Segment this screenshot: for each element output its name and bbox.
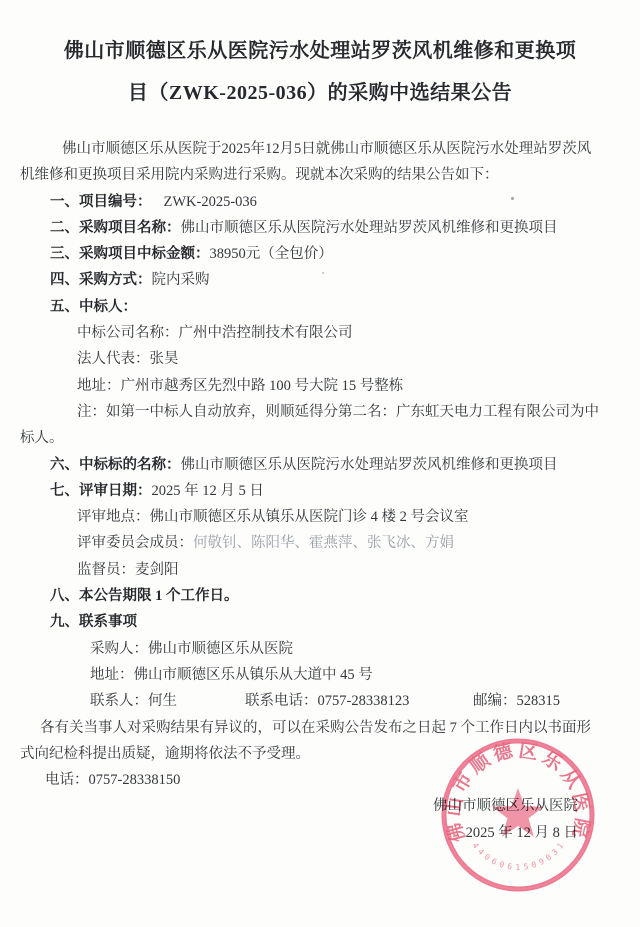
item-procurement-method-label: 四、采购方式： — [50, 272, 152, 288]
signature-date: 2025 年 12 月 8 日 — [0, 820, 640, 846]
intro-line-2: 机维修和更换项目采用院内采购进行采购。现就本次采购的结果公告如下： — [0, 162, 640, 188]
item-subject-name-label: 六、中标标的名称： — [50, 457, 181, 473]
item-award-amount-value: 38950元（全包价） — [210, 246, 333, 262]
winner-address: 地址：广州市越秀区先烈中路 100 号大院 15 号整栋 — [0, 373, 640, 399]
signature-org: 佛山市顺德区乐从医院 — [0, 793, 640, 819]
item-review-date-value: 2025 年 12 月 5 日 — [152, 483, 264, 499]
contact-row: 联系人：何生 联系电话：0757-28338123 邮编：528315 — [0, 688, 640, 714]
item-review-date-label: 七、评审日期： — [50, 483, 152, 499]
objection-line-1: 各有关当事人对采购结果有异议的，可以在采购公告发布之日起 7 个工作日内以书面形 — [0, 715, 640, 741]
objection-line-2: 式向纪检科提出质疑，逾期将依法不予受理。 — [0, 741, 640, 767]
item-winner-heading: 五、中标人： — [0, 294, 640, 320]
item-review-date: 七、评审日期：2025 年 12 月 5 日 — [0, 478, 640, 504]
item-contact-section: 九、联系事项 — [0, 609, 640, 635]
item-award-amount: 三、采购项目中标金额：38950元（全包价） — [0, 241, 640, 267]
item-project-name-label: 二、采购项目名称： — [50, 220, 181, 236]
title-line-1: 佛山市顺德区乐从医院污水处理站罗茨风机维修和更换项 — [0, 30, 640, 72]
objection-phone: 电话：0757-28338150 — [0, 767, 640, 793]
note-line-1: 注：如第一中标人自动放弃，则顺延得分第二名：广东虹天电力工程有限公司为中 — [0, 399, 640, 425]
title-line-2: 目（ZWK-2025-036）的采购中选结果公告 — [0, 72, 640, 114]
item-subject-name-value: 佛山市顺德区乐从医院污水处理站罗茨风机维修和更换项目 — [181, 457, 558, 473]
scan-speck — [322, 272, 324, 274]
item-winner-heading-label: 五、中标人： — [50, 299, 137, 315]
item-award-amount-label: 三、采购项目中标金额： — [50, 246, 210, 262]
document-page: 佛山市顺德区乐从医院污水处理站罗茨风机维修和更换项 目（ZWK-2025-036… — [0, 0, 640, 927]
review-place: 评审地点：佛山市顺德区乐从镇乐从医院门诊 4 楼 2 号会议室 — [0, 504, 640, 530]
document-body: 佛山市顺德区乐从医院于2025年12月5日就佛山市顺德区乐从医院污水处理站罗茨风… — [0, 136, 640, 846]
intro-line-1: 佛山市顺德区乐从医院于2025年12月5日就佛山市顺德区乐从医院污水处理站罗茨风 — [0, 136, 640, 162]
supervisor: 监督员：麦剑阳 — [0, 557, 640, 583]
contact-phone: 联系电话：0757-28338123 — [245, 688, 409, 714]
winner-company: 中标公司名称：广州中浩控制技术有限公司 — [0, 320, 640, 346]
item-procurement-method-value: 院内采购 — [152, 272, 210, 288]
note-line-2: 标人。 — [0, 425, 640, 451]
purchaser: 采购人：佛山市顺德区乐从医院 — [0, 636, 640, 662]
scan-speck — [511, 197, 514, 200]
item-project-number-label: 一、项目编号： — [50, 194, 152, 210]
review-committee: 评审委员会成员：何敬钊、陈阳华、霍燕萍、张飞冰、方娟 — [0, 530, 640, 556]
review-committee-label: 评审委员会成员： — [77, 535, 193, 551]
item-project-name: 二、采购项目名称：佛山市顺德区乐从医院污水处理站罗茨风机维修和更换项目 — [0, 215, 640, 241]
item-procurement-method: 四、采购方式：院内采购 — [0, 267, 640, 293]
item-subject-name: 六、中标标的名称：佛山市顺德区乐从医院污水处理站罗茨风机维修和更换项目 — [0, 452, 640, 478]
item-project-name-value: 佛山市顺德区乐从医院污水处理站罗茨风机维修和更换项目 — [181, 220, 558, 236]
page-title: 佛山市顺德区乐从医院污水处理站罗茨风机维修和更换项 目（ZWK-2025-036… — [0, 0, 640, 114]
purchaser-address: 地址：佛山市顺德区乐从镇乐从大道中 45 号 — [0, 662, 640, 688]
item-project-number: 一、项目编号：ZWK-2025-036 — [0, 189, 640, 215]
item-project-number-value: ZWK-2025-036 — [164, 194, 257, 210]
item-notice-period: 八、本公告期限 1 个工作日。 — [0, 583, 640, 609]
legal-representative: 法人代表：张昊 — [0, 346, 640, 372]
review-committee-members: 何敬钊、陈阳华、霍燕萍、张飞冰、方娟 — [193, 535, 454, 551]
contact-person: 联系人：何生 — [90, 688, 177, 714]
postcode: 邮编：528315 — [473, 688, 560, 714]
